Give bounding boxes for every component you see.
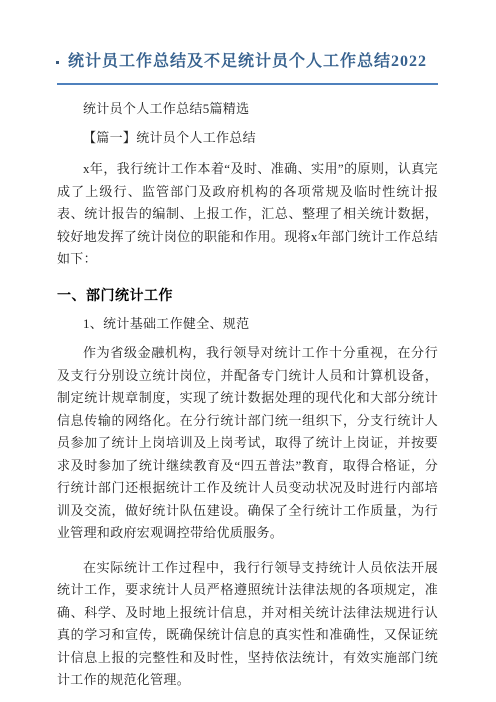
document-page: 统计员工作总结及不足统计员个人工作总结2022 统计员个人工作总结5篇精选 【篇…	[0, 0, 496, 702]
intro-line-selection: 统计员个人工作总结5篇精选	[57, 98, 438, 121]
paragraph-overview: x年，我行统计工作本着“及时、准确、实用”的原则，认真完成了上级行、监管部门及政…	[57, 158, 438, 271]
document-title: 统计员工作总结及不足统计员个人工作总结2022	[57, 50, 438, 85]
subsection-heading-basics: 1、统计基础工作健全、规范	[57, 313, 438, 336]
chapter-one-label: 【篇一】统计员个人工作总结	[57, 127, 438, 150]
paragraph-lawful-statistics: 在实际统计工作过程中，我行行领导支持统计人员依法开展统计工作，要求统计人员严格遵…	[57, 557, 438, 692]
paragraph-basics: 作为省级金融机构，我行领导对统计工作十分重视，在分行及支行分别设立统计岗位，并配…	[57, 342, 438, 545]
section-heading-department-statistics: 一、部门统计工作	[57, 284, 438, 306]
anchor-mark-icon	[56, 61, 59, 64]
